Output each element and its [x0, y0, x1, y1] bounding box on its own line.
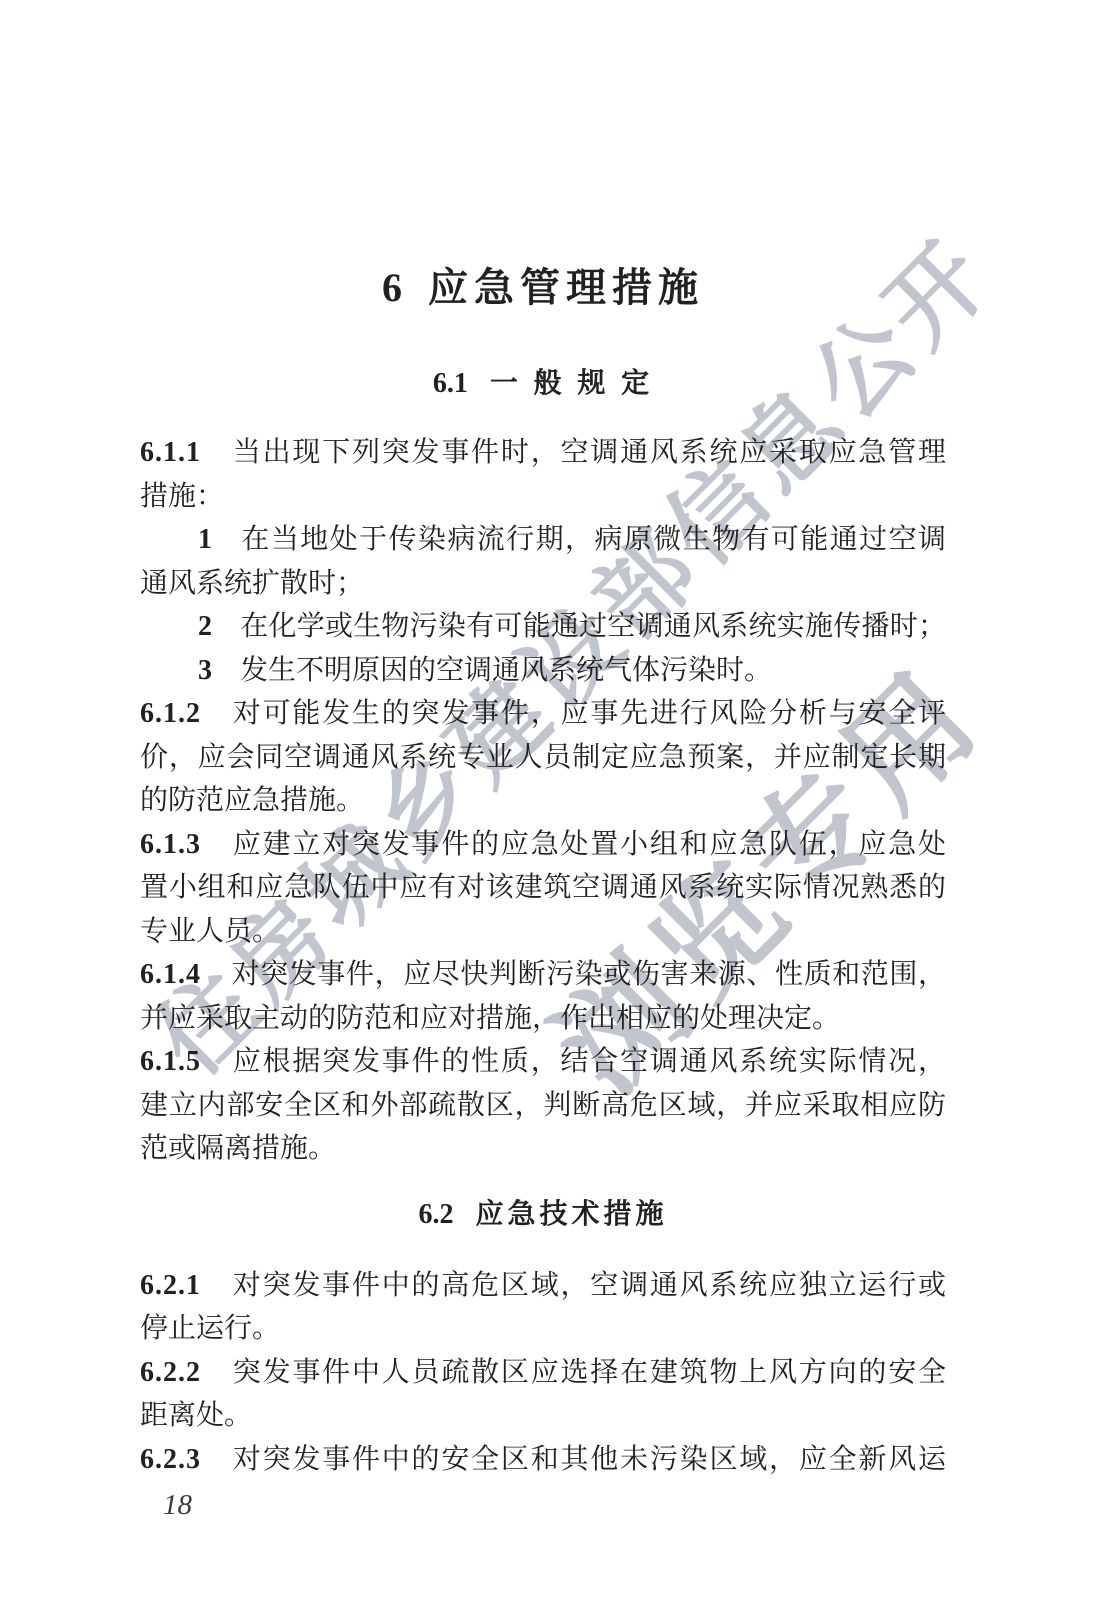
body-line: 6.1.5应根据突发事件的性质，结合空调通风系统实际情况， [140, 1040, 946, 1084]
body-line: 建立内部安全区和外部疏散区，判断高危区域，并应采取相应防 [140, 1084, 946, 1128]
body-line: 6.1.3应建立对突发事件的应急处置小组和应急队伍，应急处 [140, 823, 946, 867]
clause-number: 6.1.5 [140, 1046, 201, 1077]
page-content: 6应急管理措施 6.1一 般 规 定 6.1.1当出现下列突发事件时，空调通风系… [140, 0, 946, 1481]
body-line: 6.2.1对突发事件中的高危区域，空调通风系统应独立运行或 [140, 1264, 946, 1308]
clause-number: 6.2.1 [140, 1270, 201, 1301]
body-line: 范或隔离措施。 [140, 1127, 946, 1171]
clause-text: 价，应会同空调通风系统专业人员制定应急预案，并应制定长期 [140, 742, 946, 773]
chapter-number: 6 [382, 265, 402, 310]
body-line: 3发生不明原因的空调通风系统气体污染时。 [140, 649, 946, 693]
document-page: 住房城乡建设部信息公开 浏览专用 6应急管理措施 6.1一 般 规 定 6.1.… [0, 0, 1103, 1598]
clause-number: 6.2.3 [140, 1444, 201, 1475]
clause-number: 6.2.2 [140, 1357, 201, 1388]
body-line: 6.1.2对可能发生的突发事件，应事先进行风险分析与安全评 [140, 692, 946, 736]
clause-text: 在化学或生物污染有可能通过空调通风系统实施传播时； [240, 611, 946, 642]
body-line: 专业人员。 [140, 910, 946, 954]
body-line: 并应采取主动的防范和应对措施，作出相应的处理决定。 [140, 997, 946, 1041]
clause-number: 6.1.2 [140, 698, 201, 729]
clause-text: 在当地处于传染病流行期，病原微生物有可能通过空调 [240, 524, 946, 555]
chapter-title-text: 应急管理措施 [428, 265, 704, 310]
clause-text: 应根据突发事件的性质，结合空调通风系统实际情况， [231, 1046, 946, 1077]
section-heading-6-2: 6.2应急技术措施 [140, 1197, 946, 1232]
body-line: 6.2.2突发事件中人员疏散区应选择在建筑物上风方向的安全 [140, 1351, 946, 1395]
section-title-text: 一 般 规 定 [490, 367, 653, 398]
clause-text: 通风系统扩散时； [140, 568, 364, 599]
clause-text: 对突发事件，应尽快判断污染或伤害来源、性质和范围， [231, 959, 946, 990]
list-item-number: 2 [198, 611, 212, 642]
section-heading-6-1: 6.1一 般 规 定 [140, 366, 946, 401]
clause-text: 范或隔离措施。 [140, 1133, 336, 1164]
section-title-text: 应急技术措施 [475, 1198, 667, 1229]
clause-text: 对突发事件中的高危区域，空调通风系统应独立运行或 [231, 1270, 946, 1301]
section-6-1-body: 6.1.1当出现下列突发事件时，空调通风系统应采取应急管理 措施： 1在当地处于… [140, 431, 946, 1171]
clause-number: 6.1.3 [140, 829, 201, 860]
body-line: 1在当地处于传染病流行期，病原微生物有可能通过空调 [140, 518, 946, 562]
clause-text: 置小组和应急队伍中应有对该建筑空调通风系统实际情况熟悉的 [140, 872, 946, 903]
body-line: 停止运行。 [140, 1307, 946, 1351]
body-line: 价，应会同空调通风系统专业人员制定应急预案，并应制定长期 [140, 736, 946, 780]
chapter-title: 6应急管理措施 [140, 264, 946, 312]
clause-text: 停止运行。 [140, 1313, 280, 1344]
clause-text: 对突发事件中的安全区和其他未污染区域，应全新风运 [231, 1444, 946, 1475]
clause-text: 距离处。 [140, 1400, 252, 1431]
body-line: 措施： [140, 475, 946, 519]
clause-number: 6.1.4 [140, 959, 201, 990]
clause-text: 突发事件中人员疏散区应选择在建筑物上风方向的安全 [231, 1357, 946, 1388]
body-line: 2在化学或生物污染有可能通过空调通风系统实施传播时； [140, 605, 946, 649]
clause-text: 对可能发生的突发事件，应事先进行风险分析与安全评 [231, 698, 946, 729]
clause-text: 应建立对突发事件的应急处置小组和应急队伍，应急处 [231, 829, 946, 860]
body-line: 的防范应急措施。 [140, 779, 946, 823]
list-item-number: 1 [198, 524, 212, 555]
section-6-2-body: 6.2.1对突发事件中的高危区域，空调通风系统应独立运行或 停止运行。 6.2.… [140, 1264, 946, 1482]
body-line: 6.1.4对突发事件，应尽快判断污染或伤害来源、性质和范围， [140, 953, 946, 997]
body-line: 6.1.1当出现下列突发事件时，空调通风系统应采取应急管理 [140, 431, 946, 475]
list-item-number: 3 [198, 655, 212, 686]
section-number: 6.1 [433, 368, 468, 399]
clause-text: 发生不明原因的空调通风系统气体污染时。 [240, 655, 772, 686]
clause-number: 6.1.1 [140, 437, 201, 468]
clause-text: 专业人员。 [140, 916, 280, 947]
clause-text: 当出现下列突发事件时，空调通风系统应采取应急管理 [231, 437, 946, 468]
clause-text: 建立内部安全区和外部疏散区，判断高危区域，并应采取相应防 [140, 1090, 946, 1121]
body-line: 距离处。 [140, 1394, 946, 1438]
body-line: 6.2.3对突发事件中的安全区和其他未污染区域，应全新风运 [140, 1438, 946, 1482]
body-line: 通风系统扩散时； [140, 562, 946, 606]
clause-text: 并应采取主动的防范和应对措施，作出相应的处理决定。 [140, 1003, 840, 1034]
clause-text: 的防范应急措施。 [140, 785, 364, 816]
body-line: 置小组和应急队伍中应有对该建筑空调通风系统实际情况熟悉的 [140, 866, 946, 910]
page-number: 18 [163, 1489, 192, 1522]
clause-text: 措施： [140, 481, 224, 512]
section-number: 6.2 [418, 1199, 453, 1230]
